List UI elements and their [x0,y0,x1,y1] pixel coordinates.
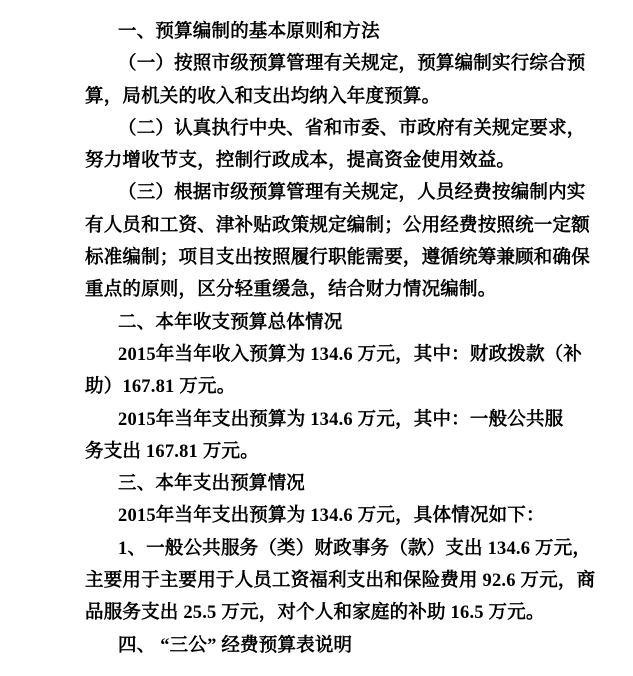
body-line: 1、一般公共服务（类）财政事务（款）支出 134.6 万元， [85,533,585,565]
body-line: （一）按照市级预算管理有关规定，预算编制实行综合预 [85,48,585,80]
body-line: 重点的原则，区分轻重缓急，结合财力情况编制。 [85,274,585,306]
body-line: 算，局机关的收入和支出均纳入年度预算。 [85,81,585,113]
body-line: 助）167.81 万元。 [85,371,585,403]
body-line: 2015年当年收入预算为 134.6 万元，其中：财政拨款（补 [85,339,585,371]
section-heading: 二、本年收支预算总体情况 [85,307,585,339]
document-text: 一、预算编制的基本原则和方法 （一）按照市级预算管理有关规定，预算编制实行综合预… [85,16,585,662]
body-line: 标准编制；项目支出按照履行职能需要，遵循统筹兼顾和确保 [85,242,585,274]
section-heading: 四、 “三公” 经费预算表说明 [85,630,585,662]
body-line: 主要用于主要用于人员工资福利支出和保险费用 92.6 万元，商 [85,565,585,597]
body-line: 2015年当年支出预算为 134.6 万元，其中：一般公共服 [85,404,585,436]
section-heading: 一、预算编制的基本原则和方法 [85,16,585,48]
body-line: （二）认真执行中央、省和市委、市政府有关规定要求， [85,113,585,145]
document-page: 一、预算编制的基本原则和方法 （一）按照市级预算管理有关规定，预算编制实行综合预… [0,0,633,676]
body-line: 2015年当年支出预算为 134.6 万元，具体情况如下： [85,500,585,532]
section-heading: 三、本年支出预算情况 [85,468,585,500]
body-line: 务支出 167.81 万元。 [85,436,585,468]
body-line: （三）根据市级预算管理有关规定，人员经费按编制内实 [85,177,585,209]
body-line: 有人员和工资、津补贴政策规定编制；公用经费按照统一定额 [85,210,585,242]
body-line: 品服务支出 25.5 万元，对个人和家庭的补助 16.5 万元。 [85,597,585,629]
body-line: 努力增收节支，控制行政成本，提高资金使用效益。 [85,145,585,177]
